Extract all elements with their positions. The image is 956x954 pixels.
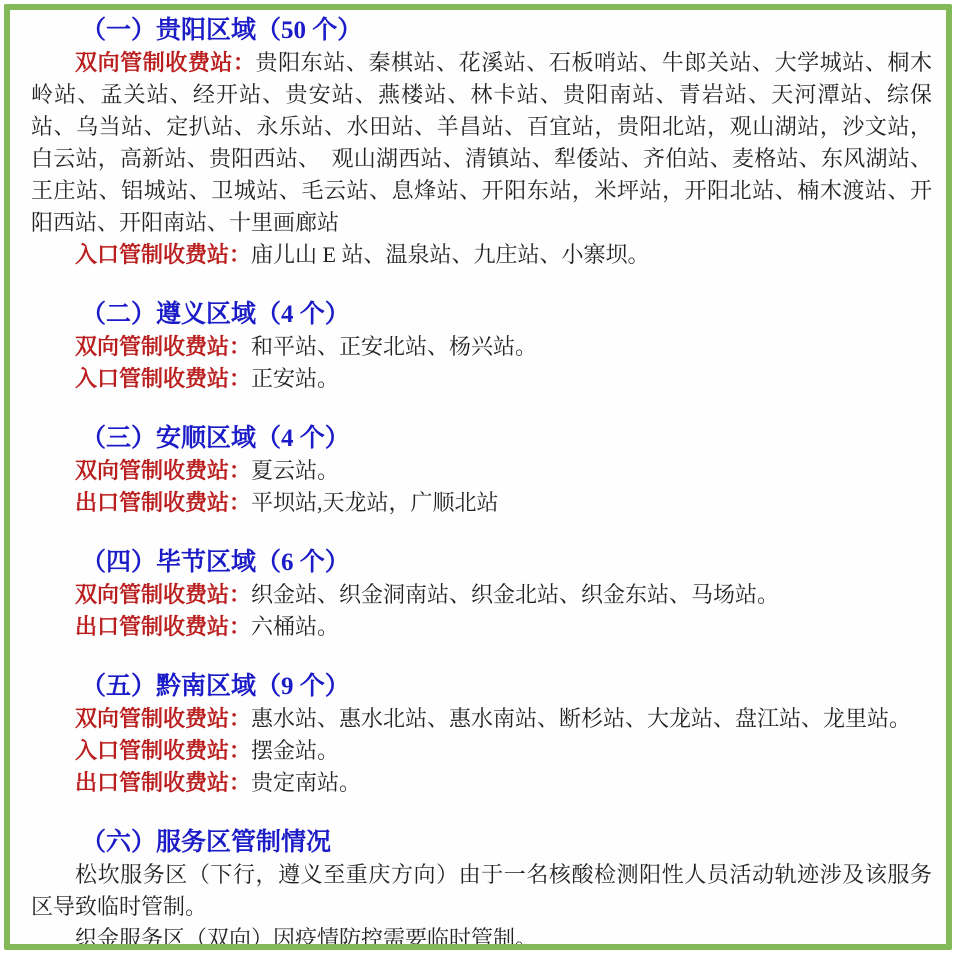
service-area-paragraph: 松坎服务区（下行，遵义至重庆方向）由于一名核酸检测阳性人员活动轨迹涉及该服务区导… <box>31 859 932 923</box>
control-paragraph: 出口管制收费站：贵定南站。 <box>31 767 932 799</box>
station-list-text: 六桶站。 <box>251 614 339 639</box>
control-paragraph: 入口管制收费站：庙儿山 E 站、温泉站、九庄站、小寨坝。 <box>31 239 932 271</box>
station-list-text: 正安站。 <box>251 366 339 391</box>
section-bijie: （四）毕节区域（6 个） 双向管制收费站：织金站、织金洞南站、织金北站、织金东站… <box>31 547 932 643</box>
control-paragraph: 双向管制收费站：织金站、织金洞南站、织金北站、织金东站、马场站。 <box>31 579 932 611</box>
control-type-label: 双向管制收费站： <box>75 582 251 607</box>
station-list-text: 织金站、织金洞南站、织金北站、织金东站、马场站。 <box>251 582 779 607</box>
section-zunyi: （二）遵义区域（4 个） 双向管制收费站：和平站、正安北站、杨兴站。 入口管制收… <box>31 299 932 395</box>
control-paragraph: 出口管制收费站：六桶站。 <box>31 611 932 643</box>
control-type-label: 出口管制收费站： <box>75 614 251 639</box>
control-paragraph: 入口管制收费站：摆金站。 <box>31 735 932 767</box>
station-list-text: 和平站、正安北站、杨兴站。 <box>251 334 537 359</box>
control-paragraph: 双向管制收费站：和平站、正安北站、杨兴站。 <box>31 331 932 363</box>
control-type-label: 入口管制收费站： <box>75 366 251 391</box>
section-heading: （四）毕节区域（6 个） <box>31 547 932 579</box>
control-paragraph: 双向管制收费站：惠水站、惠水北站、惠水南站、断杉站、大龙站、盘江站、龙里站。 <box>31 703 932 735</box>
control-type-label: 双向管制收费站： <box>75 706 251 731</box>
station-list-text: 摆金站。 <box>251 738 339 763</box>
service-area-text: 松坎服务区（下行，遵义至重庆方向）由于一名核酸检测阳性人员活动轨迹涉及该服务区导… <box>31 862 932 919</box>
control-type-label: 双向管制收费站： <box>75 334 251 359</box>
control-type-label: 双向管制收费站： <box>75 50 256 75</box>
station-list-text: 平坝站,天龙站，广顺北站 <box>251 490 499 515</box>
station-list-text: 夏云站。 <box>251 458 339 483</box>
control-type-label: 入口管制收费站： <box>75 242 251 267</box>
control-type-label: 入口管制收费站： <box>75 738 251 763</box>
section-service-areas: （六）服务区管制情况 松坎服务区（下行，遵义至重庆方向）由于一名核酸检测阳性人员… <box>31 827 932 950</box>
section-heading: （三）安顺区域（4 个） <box>31 423 932 455</box>
section-heading: （五）黔南区域（9 个） <box>31 671 932 703</box>
control-paragraph: 双向管制收费站：夏云站。 <box>31 455 932 487</box>
service-area-paragraph: 织金服务区（双向）因疫情防控需要临时管制。 <box>31 923 932 950</box>
section-anshun: （三）安顺区域（4 个） 双向管制收费站：夏云站。 出口管制收费站：平坝站,天龙… <box>31 423 932 519</box>
control-type-label: 出口管制收费站： <box>75 490 251 515</box>
control-type-label: 出口管制收费站： <box>75 770 251 795</box>
control-type-label: 双向管制收费站： <box>75 458 251 483</box>
section-guiyang: （一）贵阳区域（50 个） 双向管制收费站：贵阳东站、秦棋站、花溪站、石板哨站、… <box>31 15 932 271</box>
section-qiannan: （五）黔南区域（9 个） 双向管制收费站：惠水站、惠水北站、惠水南站、断杉站、大… <box>31 671 932 799</box>
control-paragraph: 双向管制收费站：贵阳东站、秦棋站、花溪站、石板哨站、牛郎关站、大学城站、桐木岭站… <box>31 47 932 239</box>
section-heading: （六）服务区管制情况 <box>31 827 932 859</box>
station-list-text: 庙儿山 E 站、温泉站、九庄站、小寨坝。 <box>251 242 649 267</box>
section-heading: （二）遵义区域（4 个） <box>31 299 932 331</box>
station-list-text: 惠水站、惠水北站、惠水南站、断杉站、大龙站、盘江站、龙里站。 <box>251 706 911 731</box>
station-list-text: 贵阳东站、秦棋站、花溪站、石板哨站、牛郎关站、大学城站、桐木岭站、孟关站、经开站… <box>31 50 932 235</box>
station-list-text: 贵定南站。 <box>251 770 361 795</box>
control-paragraph: 出口管制收费站：平坝站,天龙站，广顺北站 <box>31 487 932 519</box>
document-page: （一）贵阳区域（50 个） 双向管制收费站：贵阳东站、秦棋站、花溪站、石板哨站、… <box>4 4 952 950</box>
section-heading: （一）贵阳区域（50 个） <box>31 15 932 47</box>
service-area-text: 织金服务区（双向）因疫情防控需要临时管制。 <box>75 926 537 950</box>
control-paragraph: 入口管制收费站：正安站。 <box>31 363 932 395</box>
